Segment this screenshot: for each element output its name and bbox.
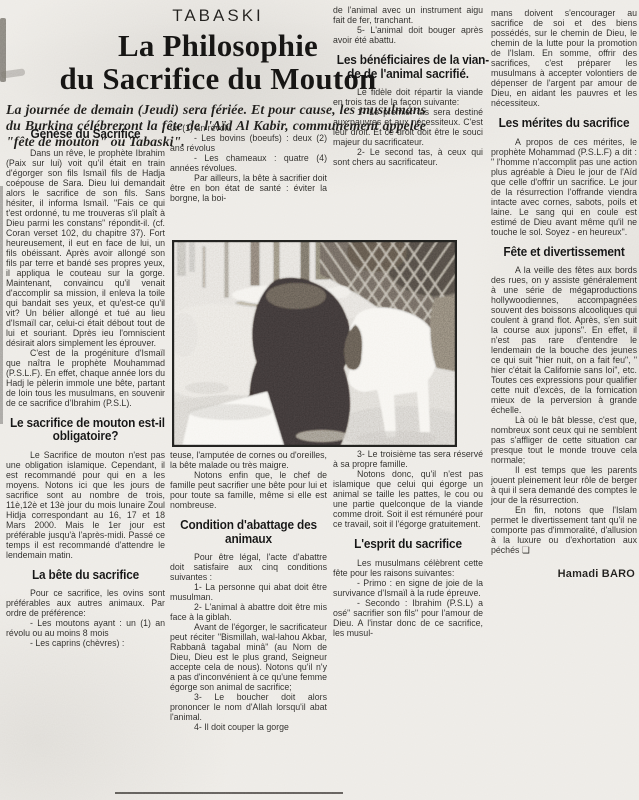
list-item: 3- Le troisième tas sera réservé à sa pr…: [333, 449, 483, 469]
section-heading-esprit: L'esprit du sacrifice: [337, 538, 480, 552]
list-item: 5- L'animal doit bouger après avoir été …: [333, 25, 483, 45]
list-item: - Secondo : Ibrahim (P.S.L) a osé" sacri…: [333, 598, 483, 638]
paragraph: Par ailleurs, la bête à sacrifier doit ê…: [170, 173, 327, 203]
column-2-bottom: teuse, l'amputée de cornes ou d'oreilles…: [170, 450, 327, 732]
paragraph: Le Sacrifice de mouton n'est pas une obl…: [6, 450, 165, 560]
list-item: - Les chameaux : quatre (4) années révol…: [170, 153, 327, 173]
paragraph: A propos de ces mérites, le prophète Moh…: [491, 137, 637, 237]
column-3-top: de l'animal avec un instrument aigu fait…: [333, 5, 483, 167]
list-item: 4- Il doit couper la gorge: [170, 722, 327, 732]
author-byline: Hamadi BARO: [491, 569, 637, 579]
section-heading-bete: La bête du sacrifice: [10, 569, 161, 583]
section-heading-genese: Genèse du Sacrifice: [10, 128, 161, 142]
column-4: mans doivent s'encourager au sacrifice d…: [491, 8, 637, 579]
paragraph: mans doivent s'encourager au sacrifice d…: [491, 8, 637, 108]
list-item: - Les bovins (boeufs) : deux (2) ans rév…: [170, 133, 327, 153]
scan-artifact-left-streak: [0, 186, 3, 424]
section-heading-merites: Les mérites du sacrifice: [495, 117, 634, 131]
paragraph: En fin, notons que l'Islam permet le div…: [491, 505, 637, 555]
list-item: 2- L'animal à abattre doit être mis face…: [170, 602, 327, 622]
paragraph: Là où le bât blesse, c'est que, nombreux…: [491, 415, 637, 465]
bottom-rule: [115, 792, 343, 794]
paragraph: A la veille des fêtes aux bords des rues…: [491, 265, 637, 415]
paragraph: Il est temps que les parents jouent plei…: [491, 465, 637, 505]
paragraph: Notons donc, qu'il n'est pas islamique q…: [333, 469, 483, 529]
paragraph: Dans un rêve, le prophète Ibrahim (Paix …: [6, 148, 165, 348]
section-heading-fete: Fête et divertissement: [495, 246, 634, 260]
section-heading-beneficiaires: Les bénéficiaires de la vian- de de l'an…: [337, 54, 480, 81]
list-item: - Les caprins (chèvres) :: [6, 638, 165, 648]
paragraph: C'est de la progéniture d'Ismaïl que naî…: [6, 348, 165, 408]
column-2-top: un (1) an révolu - Les bovins (boeufs) :…: [170, 123, 327, 203]
paragraph: Avant de l'égorger, le sacrificateur peu…: [170, 622, 327, 692]
list-item: 1- La personne qui abat doit être musulm…: [170, 582, 327, 602]
column-3-bottom: 3- Le troisième tas sera réservé à sa pr…: [333, 449, 483, 638]
list-item: 1- Le premier tas sera destiné aux pauvr…: [333, 107, 483, 147]
list-item: 3- Le boucher doit alors prononcer le no…: [170, 692, 327, 722]
list-item: - Les moutons ayant : un (1) an révolu o…: [6, 618, 165, 638]
sheep-market-photo: [172, 240, 457, 447]
column-1: Genèse du Sacrifice Dans un rêve, le pro…: [6, 128, 165, 648]
paragraph: teuse, l'amputée de cornes ou d'oreilles…: [170, 450, 327, 470]
paragraph: Pour ce sacrifice, les ovins sont préfér…: [6, 588, 165, 618]
section-heading-abattage: Condition d'abattage des animaux: [174, 519, 323, 546]
paragraph: Les musulmans célèbrent cette fête pour …: [333, 558, 483, 578]
paragraph: Pour être légal, l'acte d'abattre doit s…: [170, 552, 327, 582]
list-item: 2- Le second tas, à ceux qui sont chers …: [333, 147, 483, 167]
list-item: - Primo : en signe de joie de la surviva…: [333, 578, 483, 598]
section-heading-obligatoire: Le sacrifice de mouton est-il obligatoir…: [10, 417, 161, 444]
paragraph: Notons enfin que, le chef de famille peu…: [170, 470, 327, 510]
newspaper-page: TABASKI La Philosophiedu Sacrifice du Mo…: [0, 0, 639, 800]
paragraph: de l'animal avec un instrument aigu fait…: [333, 5, 483, 25]
sheep-market-photo-image: [172, 240, 457, 447]
paragraph: Le fidèle doit répartir la viande en tro…: [333, 87, 483, 107]
paragraph: un (1) an révolu: [170, 123, 327, 133]
